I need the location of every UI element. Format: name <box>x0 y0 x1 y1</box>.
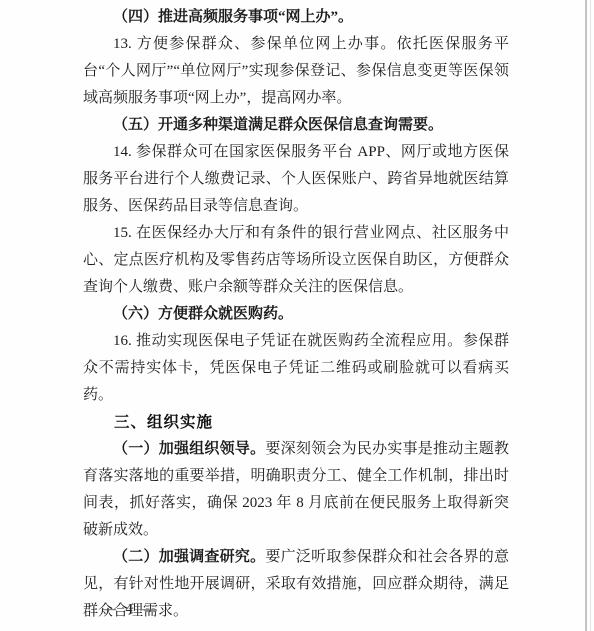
section-subheading: （四）推进高频服务事项“网上办”。 <box>83 4 509 31</box>
scan-edge-line-outer <box>590 0 591 631</box>
paragraph: 15. 在医保经办大厅和有条件的银行营业网点、社区服务中心、定点医疗机构及零售药… <box>83 220 509 301</box>
section-subheading: （六）方便群众就医购药。 <box>83 301 509 328</box>
scan-edge-line <box>585 0 587 631</box>
section-subheading: （五）开通多种渠道满足群众医保信息查询需要。 <box>83 112 509 139</box>
paragraph: 14. 参保群众可在国家医保服务平台 APP、网厅或地方医保服务平台进行个人缴费… <box>83 139 509 220</box>
document-body: （四）推进高频服务事项“网上办”。13. 方便参保群众、参保单位网上办事。依托医… <box>83 4 509 625</box>
document-page: （四）推进高频服务事项“网上办”。13. 方便参保群众、参保单位网上办事。依托医… <box>0 0 594 631</box>
section-heading: 三、组织实施 <box>83 409 509 436</box>
paragraph: 16. 推动实现医保电子凭证在就医购药全流程应用。参保群众不需持实体卡，凭医保电… <box>83 328 509 409</box>
paragraph-lead: （二）加强调查研究。 <box>113 549 265 565</box>
paragraph: 13. 方便参保群众、参保单位网上办事。依托医保服务平台“个人网厅”“单位网厅”… <box>83 31 509 112</box>
page-number: — 4 — <box>102 602 159 618</box>
paragraph-lead: （一）加强组织领导。 <box>113 441 265 457</box>
paragraph: （一）加强组织领导。要深刻领会为民办实事是推动主题教育落实落地的重要举措，明确职… <box>83 436 509 544</box>
